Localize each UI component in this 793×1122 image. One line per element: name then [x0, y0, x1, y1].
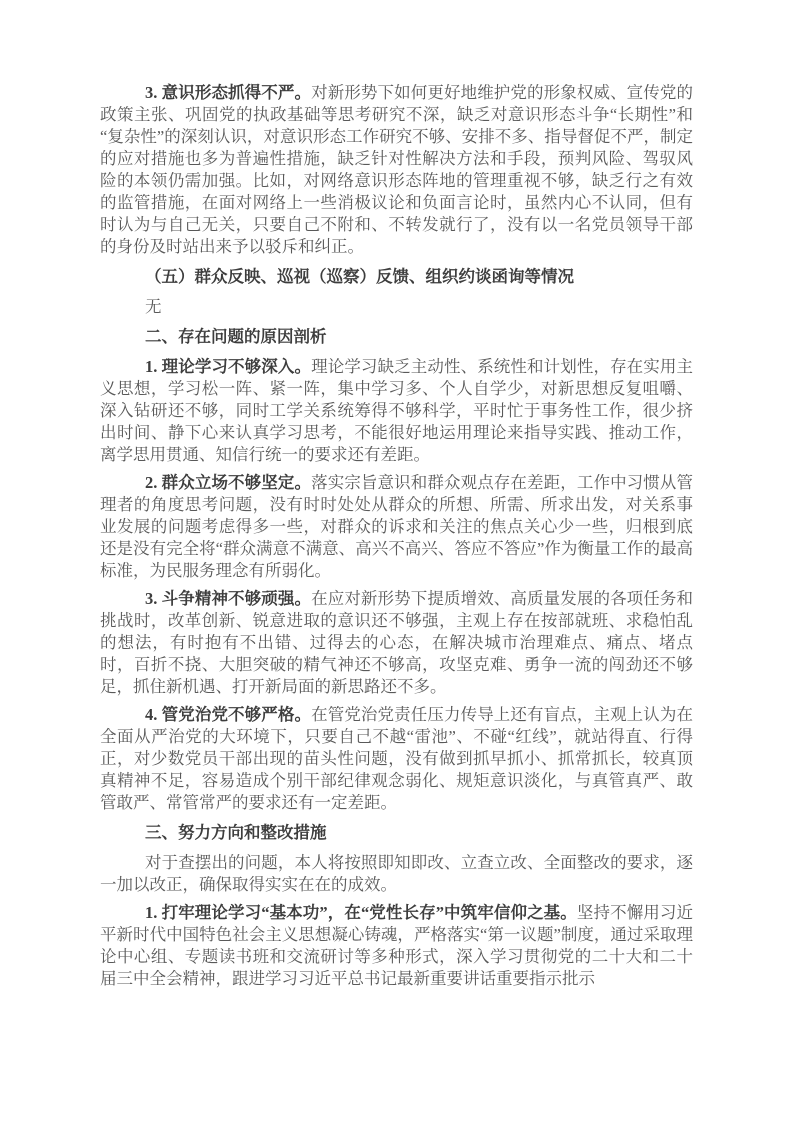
heading-cause-analysis: 二、存在问题的原因剖析 [100, 326, 693, 348]
document-content: 3. 意识形态抓得不严。对新形势下如何更好地维护党的形象权威、宣传党的政策主张、… [100, 82, 693, 996]
heading-section-five-feedback: （五）群众反映、巡视（巡察）反馈、组织约谈函询等情况 [100, 266, 693, 288]
document-page: 3. 意识形态抓得不严。对新形势下如何更好地维护党的形象权威、宣传党的政策主张、… [0, 0, 793, 1122]
paragraph-theory-foundation: 1. 打牢理论学习“基本功”，在“党性长存”中筑牢信仰之基。坚持不懈用习近平新时… [100, 902, 693, 990]
paragraph-lead: 3. 斗争精神不够顽强。 [145, 589, 311, 608]
paragraph-lead: 4. 管党治党不够严格。 [145, 705, 311, 724]
paragraph-none: 无 [100, 296, 693, 318]
paragraph-lead: 1. 理论学习不够深入。 [145, 357, 311, 376]
paragraph-fighting-spirit: 3. 斗争精神不够顽强。在应对新形势下提质增效、高质量发展的各项任务和挑战时，改… [100, 588, 693, 698]
paragraph-rectification-commitment: 对于查摆出的问题，本人将按照即知即改、立查立改、全面整改的要求，逐一加以改正，确… [100, 852, 693, 896]
paragraph-ideology-grasp: 3. 意识形态抓得不严。对新形势下如何更好地维护党的形象权威、宣传党的政策主张、… [100, 82, 693, 258]
paragraph-text: 对新形势下如何更好地维护党的形象权威、宣传党的政策主张、巩固党的执政基础等思考研… [100, 83, 693, 256]
paragraph-lead: 2. 群众立场不够坚定。 [145, 473, 311, 492]
paragraph-lead: 3. 意识形态抓得不严。 [145, 83, 311, 102]
paragraph-mass-standpoint: 2. 群众立场不够坚定。落实宗旨意识和群众观点存在差距，工作中习惯从管理者的角度… [100, 472, 693, 582]
paragraph-lead: 1. 打牢理论学习“基本功”，在“党性长存”中筑牢信仰之基。 [145, 903, 577, 922]
paragraph-party-governance: 4. 管党治党不够严格。在管党治党责任压力传导上还有盲点，主观上认为在全面从严治… [100, 704, 693, 814]
heading-rectification-measures: 三、努力方向和整改措施 [100, 822, 693, 844]
paragraph-theory-study: 1. 理论学习不够深入。理论学习缺乏主动性、系统性和计划性，存在实用主义思想，学… [100, 356, 693, 466]
